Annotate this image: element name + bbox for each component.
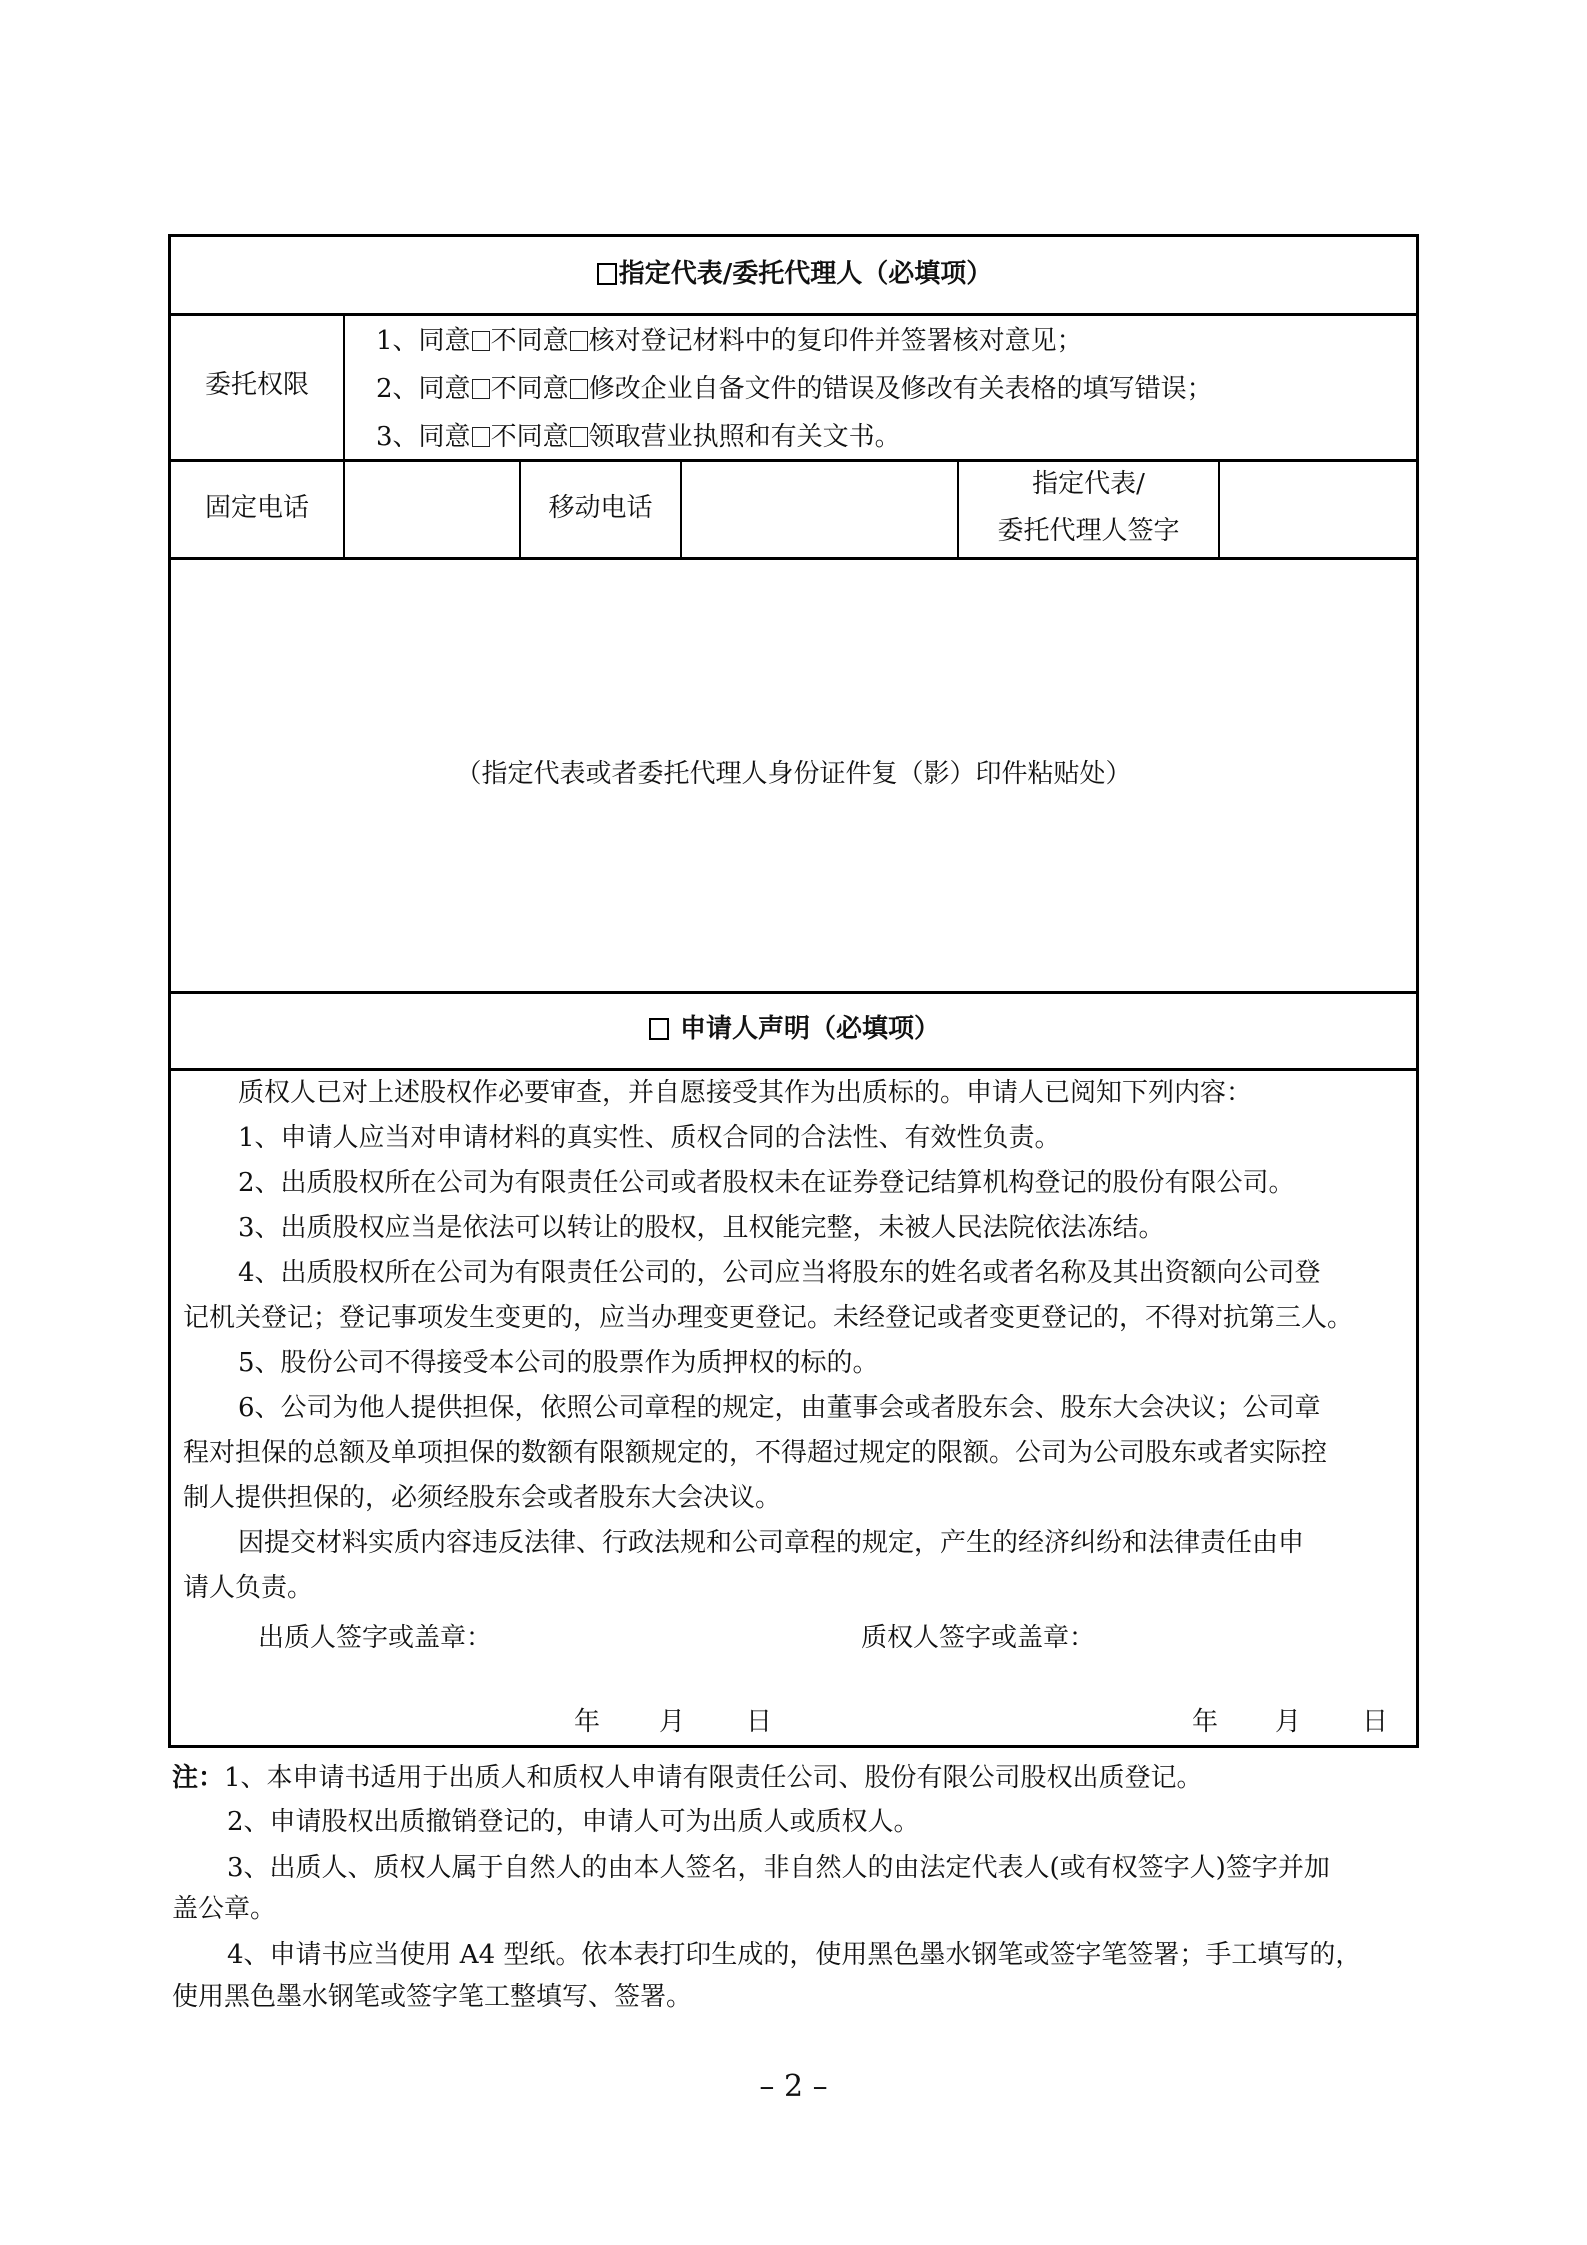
signature-field[interactable]: [1221, 493, 1411, 523]
row-divider: [171, 991, 1416, 994]
declaration-line: 6、公司为他人提供担保，依照公司章程的规定，由董事会或者股东会、股东大会决议；公…: [238, 1393, 1483, 1423]
row-divider: [171, 313, 1416, 316]
pledgee-date-day: 日: [1362, 1707, 1388, 1737]
scope-item-3: 3、同意不同意领取营业执照和有关文书。: [376, 422, 901, 452]
pledgee-signature-area[interactable]: [861, 1657, 1361, 1707]
declaration-line: 1、申请人应当对申请材料的真实性、质权合同的合法性、有效性负责。: [238, 1123, 1483, 1153]
declaration-line: 质权人已对上述股权作必要审查，并自愿接受其作为出质标的。申请人已阅知下列内容：: [238, 1078, 1483, 1108]
note-line-1: 注：1、本申请书适用于出质人和质权人申请有限责任公司、股份有限公司股权出质登记。: [172, 1763, 1203, 1793]
form-table: 指定代表/委托代理人（必填项） 委托权限 1、同意不同意核对登记材料中的复印件并…: [168, 234, 1419, 1748]
col-divider: [343, 313, 345, 557]
pledgor-date-year: 年: [574, 1707, 600, 1737]
pledgee-sign-label: 质权人签字或盖章：: [861, 1623, 1095, 1653]
scope-item-2: 2、同意不同意修改企业自备文件的错误及修改有关表格的填写错误；: [376, 374, 1213, 404]
declaration-section-checkbox[interactable]: [649, 1018, 669, 1040]
mobile-field[interactable]: [684, 493, 954, 523]
declaration-line: 因提交材料实质内容违反法律、行政法规和公司章程的规定，产生的经济纠纷和法律责任由…: [238, 1528, 1483, 1558]
pledgor-date-month: 月: [659, 1707, 685, 1737]
note-line-3: 3、出质人、质权人属于自然人的由本人签名，非自然人的由法定代表人(或有权签字人)…: [227, 1853, 1330, 1883]
scope-2-agree-checkbox[interactable]: [472, 379, 490, 399]
pledgor-date-day: 日: [746, 1707, 772, 1737]
scope-item-1: 1、同意不同意核对登记材料中的复印件并签署核对意见；: [376, 326, 1083, 356]
signature-label-line1: 指定代表/: [959, 469, 1218, 499]
mobile-label: 移动电话: [521, 493, 680, 523]
col-divider: [680, 459, 682, 557]
declaration-line: 2、出质股权所在公司为有限责任公司或者股权未在证券登记结算机构登记的股份有限公司…: [238, 1168, 1483, 1198]
note-line-3-cont: 盖公章。: [172, 1894, 276, 1924]
scope-3-agree-checkbox[interactable]: [472, 427, 490, 447]
landline-field[interactable]: [347, 493, 517, 523]
declaration-line: 5、股份公司不得接受本公司的股票作为质押权的标的。: [238, 1348, 1483, 1378]
row-divider: [171, 459, 1416, 462]
note-line-4-cont: 使用黑色墨水钢笔或签字笔工整填写、签署。: [172, 1982, 692, 2012]
landline-label: 固定电话: [171, 493, 343, 523]
signature-label-line2: 委托代理人签字: [959, 516, 1218, 546]
row-divider: [171, 1068, 1416, 1071]
notes-prefix: 注：: [172, 1763, 224, 1793]
id-copy-placeholder: （指定代表或者委托代理人身份证件复（影）印件粘贴处）: [171, 759, 1416, 789]
declaration-line: 请人负责。: [183, 1573, 1428, 1603]
declaration-section-header: 申请人声明（必填项）: [171, 1014, 1416, 1044]
scope-2-disagree-checkbox[interactable]: [570, 379, 588, 399]
note-line-4: 4、申请书应当使用 A4 型纸。依本表打印生成的，使用黑色墨水钢笔或签字笔签署；…: [227, 1940, 1361, 1970]
scope-1-agree-checkbox[interactable]: [472, 331, 490, 351]
agent-section-checkbox[interactable]: [597, 263, 617, 285]
agent-section-header: 指定代表/委托代理人（必填项）: [171, 259, 1416, 289]
declaration-line: 3、出质股权应当是依法可以转让的股权，且权能完整，未被人民法院依法冻结。: [238, 1213, 1483, 1243]
scope-3-disagree-checkbox[interactable]: [570, 427, 588, 447]
declaration-line: 4、出质股权所在公司为有限责任公司的，公司应当将股东的姓名或者名称及其出资额向公…: [238, 1258, 1483, 1288]
pledgee-date-year: 年: [1192, 1707, 1218, 1737]
scope-label: 委托权限: [171, 370, 343, 400]
row-divider: [171, 557, 1416, 560]
declaration-line: 程对担保的总额及单项担保的数额有限额规定的，不得超过规定的限额。公司为公司股东或…: [183, 1438, 1428, 1468]
scope-1-disagree-checkbox[interactable]: [570, 331, 588, 351]
declaration-line: 记机关登记；登记事项发生变更的，应当办理变更登记。未经登记或者变更登记的，不得对…: [183, 1303, 1428, 1333]
pledgor-signature-area[interactable]: [258, 1657, 758, 1707]
agent-section-title: 指定代表/委托代理人（必填项）: [619, 259, 993, 289]
pledgee-date-month: 月: [1275, 1707, 1301, 1737]
declaration-section-title: 申请人声明（必填项）: [680, 1014, 940, 1044]
col-divider: [1218, 459, 1220, 557]
note-line-2: 2、申请股权出质撤销登记的，申请人可为出质人或质权人。: [227, 1807, 920, 1837]
pledgor-sign-label: 出质人签字或盖章：: [258, 1623, 492, 1653]
page-number: – 2 –: [0, 2072, 1587, 2102]
declaration-line: 制人提供担保的，必须经股东会或者股东大会决议。: [183, 1483, 1428, 1513]
